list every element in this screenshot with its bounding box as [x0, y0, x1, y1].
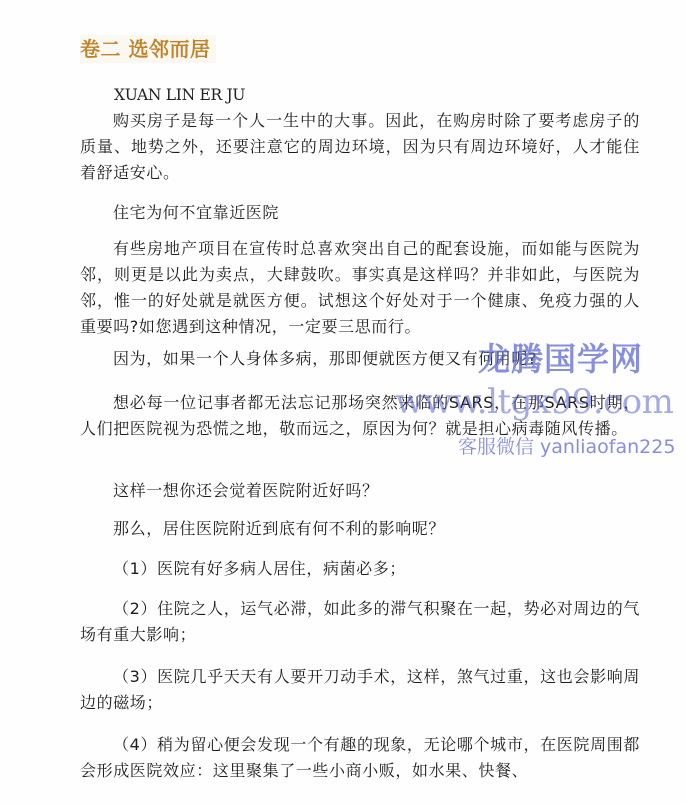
book-page: 卷二 选邻而居 XUAN LIN ER JU 购买房子是每一个人一生中的大事。因… [0, 0, 686, 804]
chapter-pinyin: XUAN LIN ER JU [114, 86, 245, 104]
paragraph-question-2: 那么，居住医院附近到底有何不利的影响呢？ [80, 516, 640, 542]
paragraph-intro: 购买房子是每一个人一生中的大事。因此，在购房时除了要考虑房子的质量、地势之外，还… [80, 108, 640, 186]
paragraph-hospital-marketing: 有些房地产项目在宣传时总喜欢突出自己的配套设施，而如能与医院为邻，则更是以此为卖… [80, 236, 640, 340]
list-item-2: （2）住院之人，运气必滞，如此多的滞气积聚在一起，势必对周边的气场有重大影响； [80, 596, 640, 648]
list-item-1: （1）医院有好多病人居住，病菌必多； [80, 556, 640, 582]
list-item-4: （4）稍为留心便会发现一个有趣的现象，无论哪个城市，在医院周围都会形成医院效应：… [80, 732, 640, 784]
paragraph-sars: 想必每一位记事者都无法忘记那场突然来临的SARS，在那SARS时期，人们把医院视… [80, 390, 640, 442]
chapter-title: 卷二 选邻而居 [80, 35, 216, 63]
paragraph-sick-person: 因为，如果一个人身体多病，那即便就医方便又有何用呢? [80, 346, 640, 372]
list-item-3: （3）医院几乎天天有人要开刀动手术，这样，煞气过重，这也会影响周边的磁场； [80, 664, 640, 716]
paragraph-question-1: 这样一想你还会觉着医院附近好吗？ [80, 478, 640, 504]
section-heading: 住宅为何不宜靠近医院 [80, 200, 640, 226]
